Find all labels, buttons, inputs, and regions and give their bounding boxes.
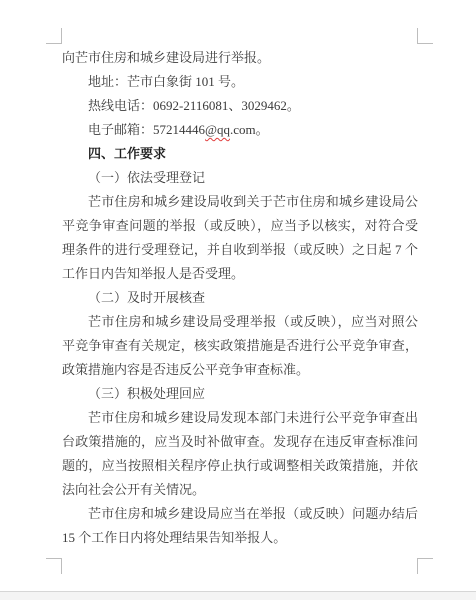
- subsection-1-title: （一）依法受理登记: [62, 166, 418, 190]
- crop-mark-top-left: [46, 28, 62, 44]
- email-domain-rest: .com: [230, 122, 256, 137]
- email-user: 57214446: [153, 122, 205, 137]
- crop-mark-bottom-right: [417, 558, 433, 574]
- paragraph-email: 电子邮箱：57214446@qq.com。: [62, 118, 418, 142]
- paragraph-closing: 芒市住房和城乡建设局应当在举报（或反映）问题办结后 15 个工作日内将处理结果告…: [62, 502, 418, 550]
- subsection-3-title: （三）积极处理回应: [62, 382, 418, 406]
- document-content: 向芒市住房和城乡建设局进行举报。 地址：芒市白象街 101 号。 热线电话：06…: [62, 46, 418, 550]
- paragraph-hotline: 热线电话：0692-2116081、3029462。: [62, 94, 418, 118]
- subsection-2-title: （二）及时开展核查: [62, 286, 418, 310]
- email-period: 。: [256, 122, 269, 137]
- paragraph-address: 地址：芒市白象街 101 号。: [62, 70, 418, 94]
- document-page: 向芒市住房和城乡建设局进行举报。 地址：芒市白象街 101 号。 热线电话：06…: [0, 0, 476, 592]
- crop-mark-top-right: [417, 28, 433, 44]
- subsection-3-body: 芒市住房和城乡建设局发现本部门未进行公平竞争审查出台政策措施的，应当及时补做审查…: [62, 406, 418, 502]
- subsection-2-body: 芒市住房和城乡建设局受理举报（或反映），应当对照公平竞争审查有关规定，核实政策措…: [62, 310, 418, 382]
- section-heading: 四、工作要求: [62, 142, 418, 166]
- paragraph-report-intro: 向芒市住房和城乡建设局进行举报。: [62, 46, 418, 70]
- crop-mark-bottom-left: [46, 558, 62, 574]
- subsection-1-body: 芒市住房和城乡建设局收到关于芒市住房和城乡建设局公平竞争审查问题的举报（或反映）…: [62, 190, 418, 286]
- email-label: 电子邮箱：: [88, 122, 153, 137]
- email-spellcheck-flagged: @qq: [205, 122, 230, 137]
- email-address: 57214446@qq.com: [153, 122, 256, 137]
